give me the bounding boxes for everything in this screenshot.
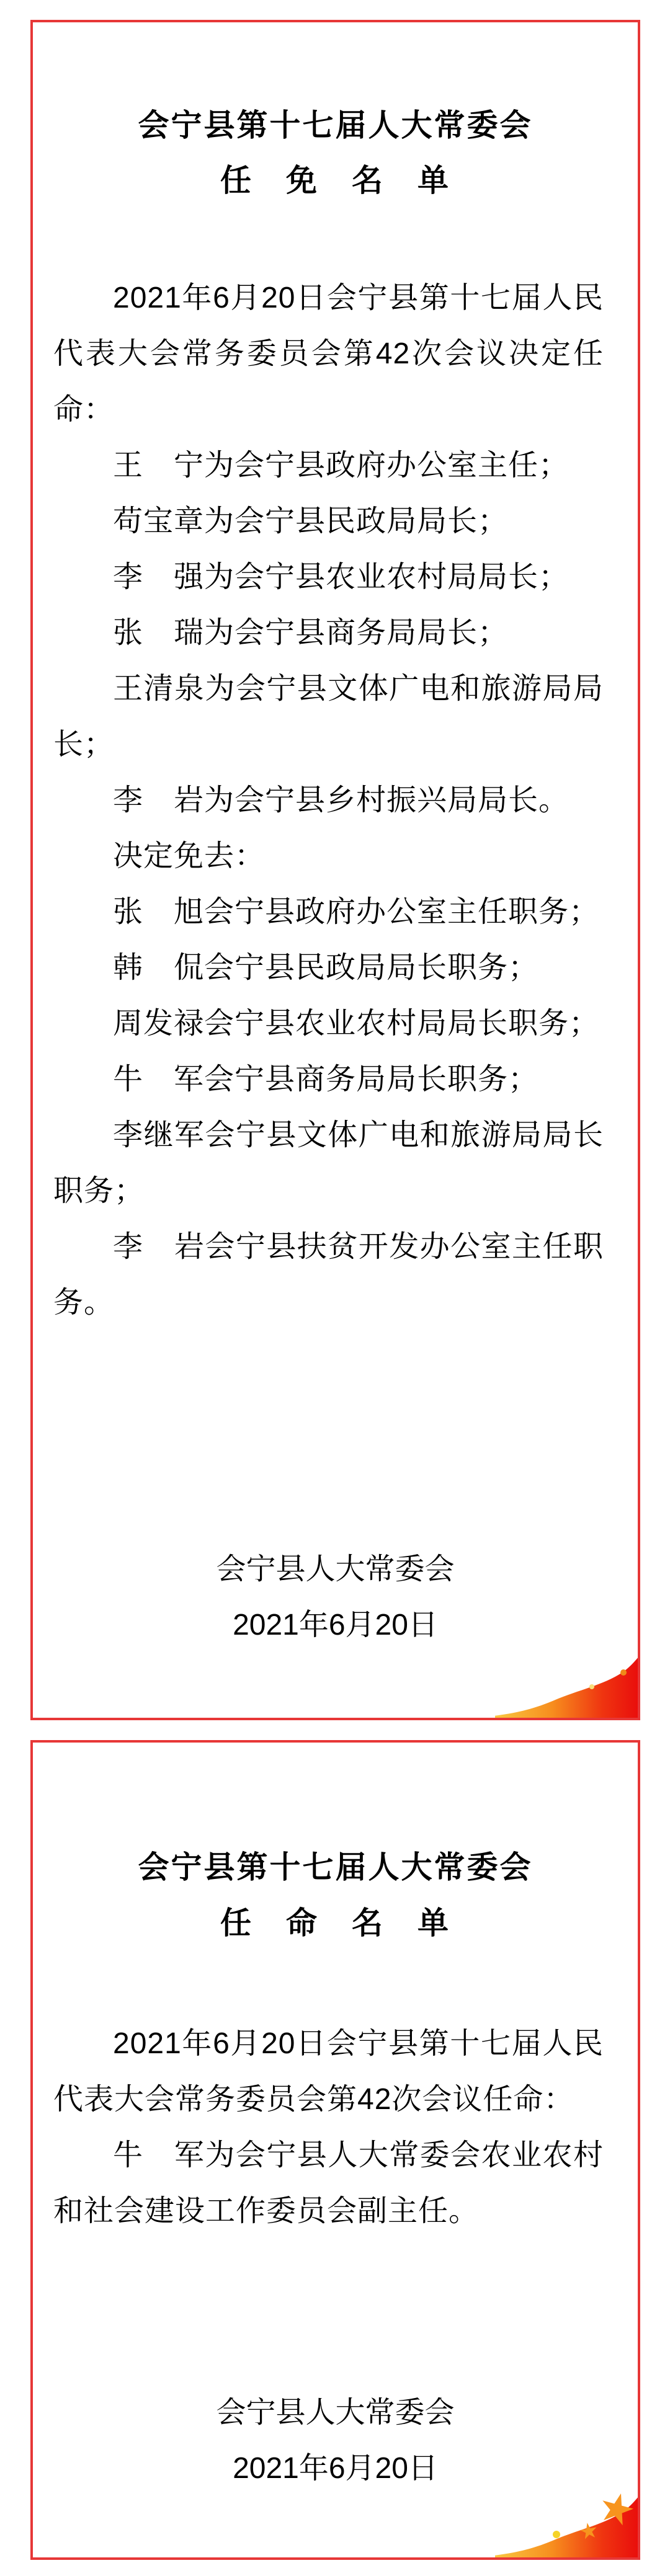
body-paragraph: 李 强为会宁县农业农村局局长； [53,549,604,605]
body-paragraph: 李继军会宁县文体广电和旅游局局长职务； [53,1108,604,1219]
spark-dot-icon [620,1669,627,1676]
notice1-subtitle: 任 免 名 单 [33,164,638,197]
notice-appointment-list: 会宁县第十七届人大常委会 任 命 名 单 2021年6月20日会宁县第十七届人民… [30,1740,640,2560]
corner-wave-stars-icon [495,2480,638,2557]
body-paragraph: 决定免去： [53,828,604,884]
notice2-body: 2021年6月20日会宁县第十七届人民代表大会常务委员会第42次会议任命：牛 军… [53,2016,604,2239]
notice-appointment-removal-list: 会宁县第十七届人大常委会 任 免 名 单 2021年6月20日会宁县第十七届人民… [30,20,640,1720]
notice1-body: 2021年6月20日会宁县第十七届人民代表大会常务委员会第42次会议决定任命：王… [53,270,604,1331]
body-paragraph: 苟宝章为会宁县民政局局长； [53,494,604,549]
body-paragraph: 王 宁为会宁县政府办公室主任； [53,438,604,494]
notice2-signature: 会宁县人大常委会 [33,2385,638,2441]
notice1-title: 会宁县第十七届人大常委会 [33,109,638,141]
body-paragraph: 李 岩会宁县扶贫开发办公室主任职务。 [53,1219,604,1331]
spark-dot-icon [553,2531,560,2538]
body-paragraph: 韩 侃会宁县民政局局长职务； [53,940,604,996]
body-paragraph: 李 岩为会宁县乡村振兴局局长。 [53,773,604,828]
body-paragraph: 牛 军为会宁县人大常委会农业农村和社会建设工作委员会副主任。 [53,2128,604,2239]
corner-wave-icon [495,1640,638,1718]
notice2-subtitle: 任 命 名 单 [33,1907,638,1939]
body-paragraph: 2021年6月20日会宁县第十七届人民代表大会常务委员会第42次会议任命： [53,2016,604,2128]
page: { "page": { "background": "#ffffff", "ac… [0,0,670,2576]
notice1-signature-block: 会宁县人大常委会 2021年6月20日 [33,1542,638,1653]
body-paragraph: 王清泉为会宁县文体广电和旅游局局长； [53,661,604,773]
notice2-title: 会宁县第十七届人大常委会 [33,1851,638,1883]
body-paragraph: 张 瑞为会宁县商务局局长； [53,605,604,661]
notice1-signature: 会宁县人大常委会 [33,1542,638,1597]
body-paragraph: 周发禄会宁县农业农村局局长职务； [53,996,604,1052]
wave-shape [495,1656,638,1718]
spark-dot-icon [589,1684,594,1689]
body-paragraph: 张 旭会宁县政府办公室主任职务； [53,884,604,940]
body-paragraph: 牛 军会宁县商务局局长职务； [53,1052,604,1108]
body-paragraph: 2021年6月20日会宁县第十七届人民代表大会常务委员会第42次会议决定任命： [53,270,604,438]
